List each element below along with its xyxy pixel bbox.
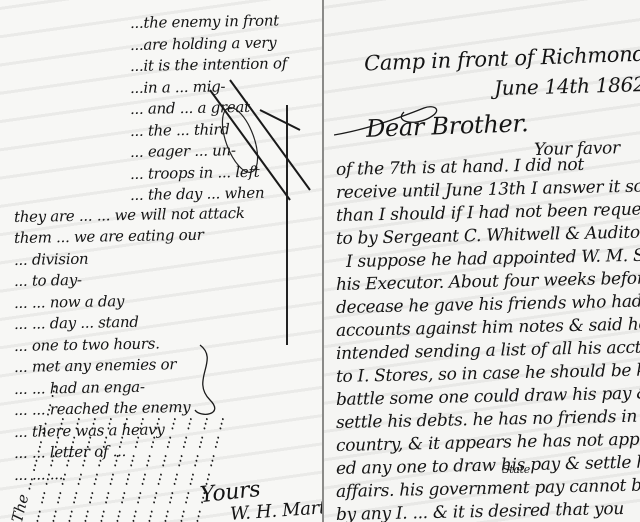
left-line: ... met any enemies or <box>14 355 176 376</box>
left-line: ... ... day ... stand <box>14 313 139 333</box>
left-line: ...are holding a very <box>130 33 277 54</box>
left-line: ... there was a heavy <box>14 420 165 441</box>
left-line: ... ... had an enga- <box>14 377 145 397</box>
salutation: Dear Brother. <box>366 109 529 143</box>
interlinear-insertion: State <box>502 463 530 476</box>
left-line: ... division <box>14 249 89 268</box>
ink-flourish <box>200 70 320 210</box>
left-line: ...the enemy in front <box>130 11 279 32</box>
left-page: The ... ... ... ... ... ...... ... ... .… <box>0 0 323 522</box>
ink-flourish <box>180 340 240 420</box>
right-page: Camp in front of Richmond Va June 14th 1… <box>324 0 640 522</box>
left-line: ... ... ... <box>14 465 63 484</box>
left-line: ... ... letter of ... <box>14 442 126 462</box>
left-line: ... ... reached the enemy <box>14 398 191 419</box>
letter-date: June 14th 1862. <box>494 72 640 100</box>
left-line: ... ... now a day <box>14 292 124 312</box>
left-line: ... to day- <box>14 271 82 290</box>
left-line: them ... we are eating our <box>14 226 204 247</box>
left-line: ... one to two hours. <box>14 334 160 355</box>
